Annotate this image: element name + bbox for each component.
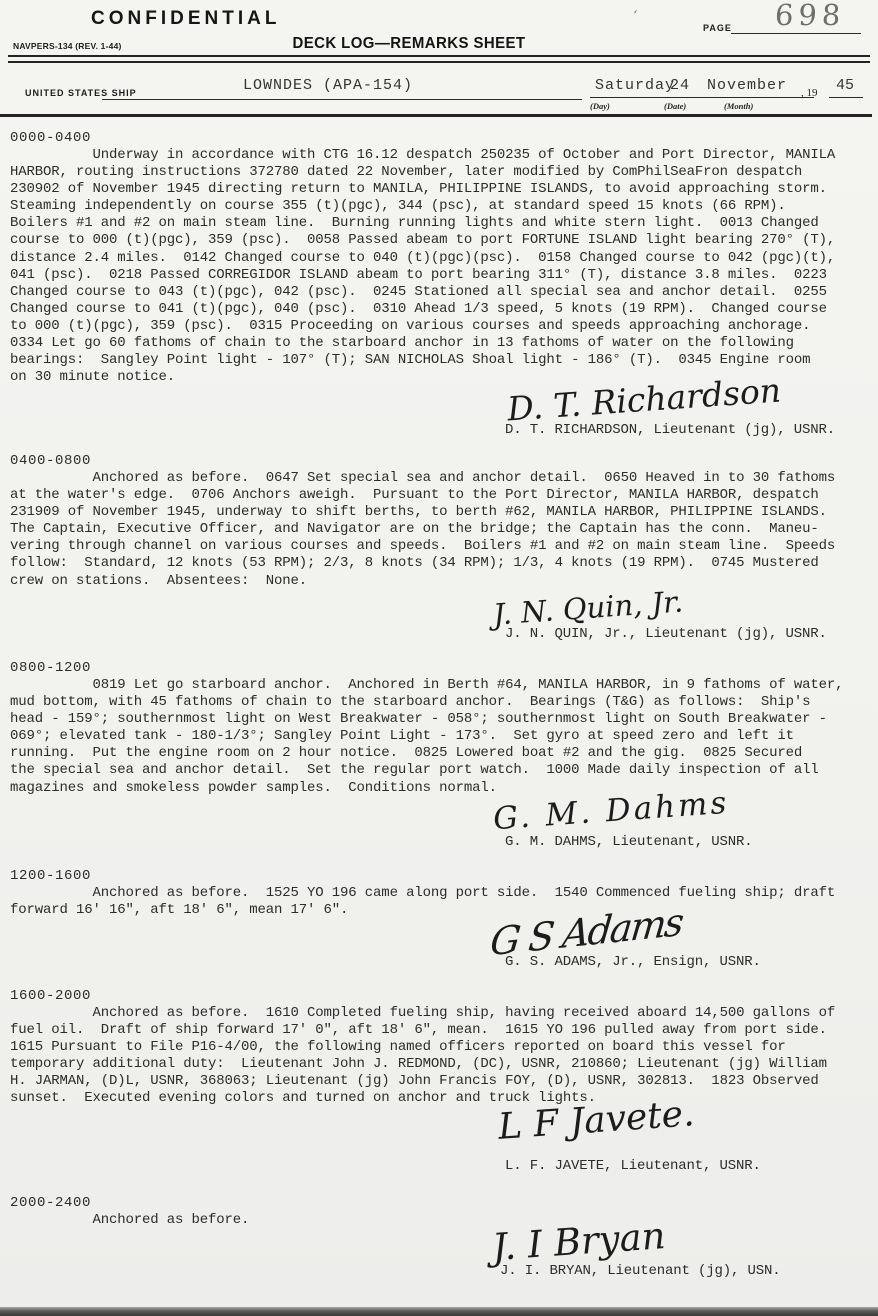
watch-section-0000-0400: 0000-0400 Underway in accordance with CT… — [10, 130, 870, 386]
ship-name: LOWNDES (APA-154) — [243, 77, 413, 94]
date-date-value: 24 — [670, 77, 690, 94]
month-caption: (Month) — [724, 101, 753, 111]
watch-section-2000-2400: 2000-2400 Anchored as before. J. I Bryan… — [10, 1195, 870, 1229]
handwritten-signature: J. N. Quin, Jr. — [492, 584, 684, 631]
watch-remarks: 0819 Let go starboard anchor. Anchored i… — [10, 677, 870, 797]
date-rule — [590, 97, 814, 98]
watch-remarks: Anchored as before. 0647 Set special sea… — [10, 470, 870, 590]
typed-signature: L. F. JAVETE, Lieutenant, USNR. — [505, 1158, 761, 1174]
date-day-value: Saturday — [595, 77, 675, 94]
year-prefix: , 19 — [801, 87, 818, 99]
date-month-value: November — [707, 77, 787, 94]
ship-label: UNITED STATES SHIP — [25, 88, 137, 98]
typed-signature: J. N. QUIN, Jr., Lieutenant (jg), USNR. — [505, 626, 827, 642]
watch-remarks: Anchored as before. 1610 Completed fueli… — [10, 1005, 870, 1108]
classification-stamp: CONFIDENTIAL — [91, 8, 280, 30]
typed-signature: J. I. BRYAN, Lieutenant (jg), USN. — [500, 1263, 781, 1279]
header-bottom-rule — [0, 114, 872, 117]
handwritten-page-number: 698 — [774, 0, 846, 32]
typed-signature: G. S. ADAMS, Jr., Ensign, USNR. — [505, 954, 761, 970]
year-rule — [829, 97, 863, 98]
watch-period: 2000-2400 — [10, 1195, 870, 1212]
watch-remarks: Anchored as before. — [10, 1212, 870, 1229]
watch-period: 1600-2000 — [10, 988, 870, 1005]
deck-log-page: CONFIDENTIAL ‘ PAGE 698 NAVPERS-134 (REV… — [0, 0, 878, 1316]
watch-period: 1200-1600 — [10, 868, 870, 885]
watch-section-1600-2000: 1600-2000 Anchored as before. 1610 Compl… — [10, 988, 870, 1108]
watch-period: 0000-0400 — [10, 130, 870, 147]
watch-section-0400-0800: 0400-0800 Anchored as before. 0647 Set s… — [10, 453, 870, 590]
document-title: DECK LOG—REMARKS SHEET — [0, 35, 818, 53]
watch-remarks: Underway in accordance with CTG 16.12 de… — [10, 147, 870, 386]
watch-period: 0400-0800 — [10, 453, 870, 470]
ship-name-rule — [102, 99, 582, 100]
year-value: 45 — [836, 77, 854, 94]
watch-section-1200-1600: 1200-1600 Anchored as before. 1525 YO 19… — [10, 868, 870, 919]
watch-period: 0800-1200 — [10, 660, 870, 677]
header-double-rule — [8, 55, 870, 63]
date-caption: (Date) — [664, 101, 686, 111]
scan-edge — [0, 1307, 878, 1316]
watch-remarks: Anchored as before. 1525 YO 196 came alo… — [10, 885, 870, 919]
pencil-stray-mark: ‘ — [630, 8, 638, 25]
day-caption: (Day) — [590, 101, 610, 111]
typed-signature: G. M. DAHMS, Lieutenant, USNR. — [505, 834, 753, 850]
typed-signature: D. T. RICHARDSON, Lieutenant (jg), USNR. — [505, 422, 835, 438]
page-label: PAGE — [703, 23, 732, 33]
watch-section-0800-1200: 0800-1200 0819 Let go starboard anchor. … — [10, 660, 870, 797]
